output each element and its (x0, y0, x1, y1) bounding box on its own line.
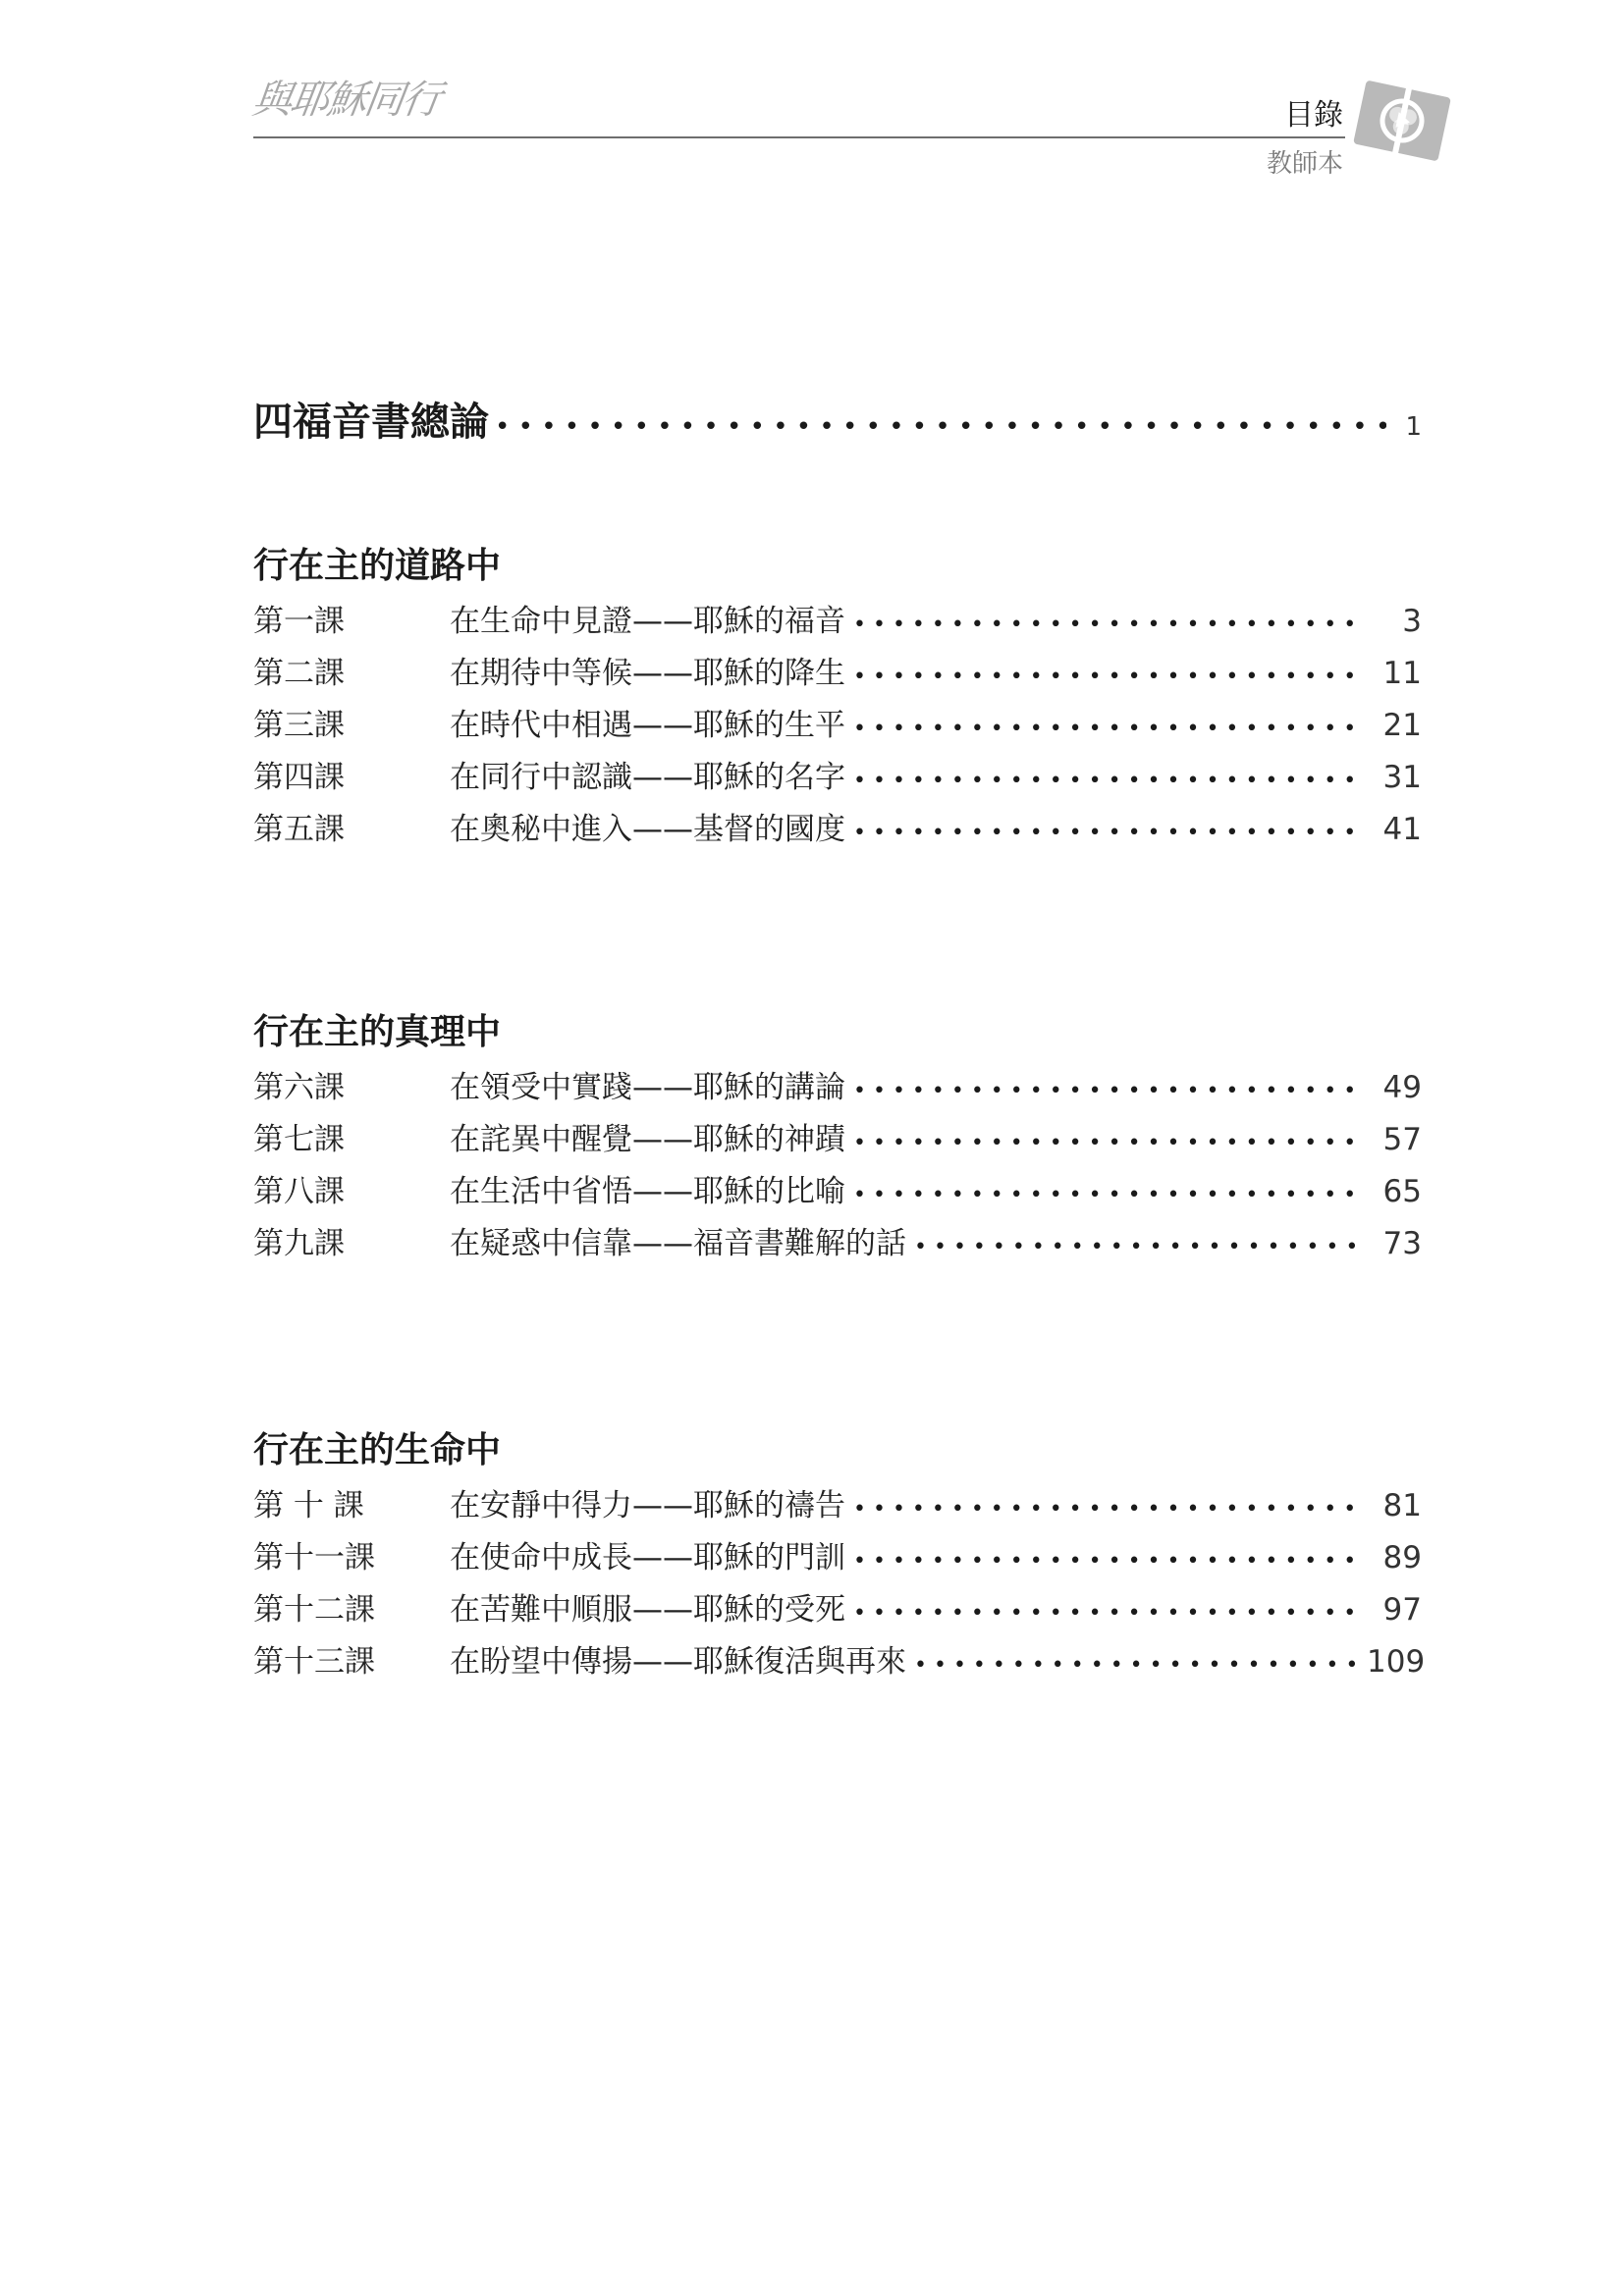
toc-section-2: 行在主的真理中 第六課 在領受中實踐——耶穌的講論 • • • • • • • … (253, 1005, 1422, 1270)
lesson-label: 第一課 (253, 596, 450, 648)
toc-row[interactable]: 第二課 在期待中等候——耶穌的降生 • • • • • • • • • • • … (253, 648, 1422, 700)
toc-row[interactable]: 第 十 課 在安靜中得力——耶穌的禱告 • • • • • • • • • • … (253, 1480, 1422, 1532)
lesson-label: 第二課 (253, 648, 450, 700)
lesson-title: 在期待中等候——耶穌的降生 (450, 648, 845, 700)
lesson-title: 在盼望中傳揚——耶穌復活與再來 (450, 1636, 906, 1688)
toc-row[interactable]: 第三課 在時代中相遇——耶穌的生平 • • • • • • • • • • • … (253, 700, 1422, 752)
lesson-label: 第十一課 (253, 1532, 450, 1584)
toc-row[interactable]: 第十二課 在苦難中順服——耶穌的受死 • • • • • • • • • • •… (253, 1584, 1422, 1636)
page-number: 57 (1367, 1114, 1422, 1166)
toc-entry-title: 四福音書總論 (253, 391, 489, 447)
dot-leader: • • • • • • • • • • • • • • • • • • • • … (495, 412, 1386, 442)
page-title: 目錄 (1284, 90, 1343, 133)
page-number: 31 (1367, 752, 1422, 804)
toc-section-3: 行在主的生命中 第 十 課 在安靜中得力——耶穌的禱告 • • • • • • … (253, 1423, 1422, 1688)
toc-row[interactable]: 第十三課 在盼望中傳揚——耶穌復活與再來 • • • • • • • • • •… (253, 1636, 1422, 1688)
dot-leader: • • • • • • • • • • • • • • • • • • • • … (853, 807, 1363, 859)
dot-leader: • • • • • • • • • • • • • • • • • • • • … (853, 1169, 1363, 1221)
lesson-label: 第九課 (253, 1218, 450, 1270)
dot-leader: • • • • • • • • • • • • • • • • • • • • … (853, 755, 1363, 807)
toc-section-1: 行在主的道路中 第一課 在生命中見證——耶穌的福音 • • • • • • • … (253, 539, 1422, 856)
toc-row[interactable]: 第九課 在疑惑中信靠——福音書難解的話 • • • • • • • • • • … (253, 1218, 1422, 1270)
lesson-label: 第十三課 (253, 1636, 450, 1688)
lesson-title: 在安靜中得力——耶穌的禱告 (450, 1480, 845, 1532)
dot-leader: • • • • • • • • • • • • • • • • • • • • … (853, 1065, 1363, 1117)
toc-page-number: 1 (1392, 412, 1422, 442)
section-title: 行在主的道路中 (253, 539, 1422, 594)
toc-row[interactable]: 第七課 在詫異中醒覺——耶穌的神蹟 • • • • • • • • • • • … (253, 1114, 1422, 1166)
dot-leader: • • • • • • • • • • • • • • • • • • • • … (853, 1117, 1363, 1169)
lesson-label: 第 十 課 (253, 1480, 450, 1532)
section-title: 行在主的真理中 (253, 1005, 1422, 1060)
dot-leader: • • • • • • • • • • • • • • • • • • • • … (914, 1221, 1363, 1273)
toc-row[interactable]: 第十一課 在使命中成長——耶穌的門訓 • • • • • • • • • • •… (253, 1532, 1422, 1584)
page-number: 65 (1367, 1166, 1422, 1218)
book-emblem-icon (1353, 80, 1451, 161)
lesson-title: 在疑惑中信靠——福音書難解的話 (450, 1218, 906, 1270)
page-number: 41 (1367, 804, 1422, 856)
page-number: 73 (1367, 1218, 1422, 1270)
toc-entry-overview[interactable]: 四福音書總論 • • • • • • • • • • • • • • • • •… (253, 391, 1422, 447)
lesson-title: 在詫異中醒覺——耶穌的神蹟 (450, 1114, 845, 1166)
page-number: 3 (1367, 596, 1422, 648)
header-logo: 與耶穌同行 (249, 69, 444, 125)
page-number: 97 (1367, 1584, 1422, 1636)
page-number: 89 (1367, 1532, 1422, 1584)
page-number: 81 (1367, 1480, 1422, 1532)
lesson-label: 第六課 (253, 1062, 450, 1114)
toc-row[interactable]: 第八課 在生活中省悟——耶穌的比喻 • • • • • • • • • • • … (253, 1166, 1422, 1218)
toc-row[interactable]: 第一課 在生命中見證——耶穌的福音 • • • • • • • • • • • … (253, 596, 1422, 648)
lesson-label: 第十二課 (253, 1584, 450, 1636)
dot-leader: • • • • • • • • • • • • • • • • • • • • … (914, 1639, 1363, 1691)
toc-row[interactable]: 第六課 在領受中實踐——耶穌的講論 • • • • • • • • • • • … (253, 1062, 1422, 1114)
header-rule (253, 136, 1345, 138)
lesson-title: 在同行中認識——耶穌的名字 (450, 752, 845, 804)
dot-leader: • • • • • • • • • • • • • • • • • • • • … (853, 703, 1363, 755)
dot-leader: • • • • • • • • • • • • • • • • • • • • … (853, 1587, 1363, 1639)
page-number: 49 (1367, 1062, 1422, 1114)
dot-leader: • • • • • • • • • • • • • • • • • • • • … (853, 1483, 1363, 1535)
lesson-label: 第四課 (253, 752, 450, 804)
toc-row[interactable]: 第五課 在奧秘中進入——基督的國度 • • • • • • • • • • • … (253, 804, 1422, 856)
lesson-title: 在生活中省悟——耶穌的比喻 (450, 1166, 845, 1218)
page-number: 11 (1367, 648, 1422, 700)
page-number: 109 (1367, 1636, 1422, 1688)
section-title: 行在主的生命中 (253, 1423, 1422, 1478)
lesson-label: 第八課 (253, 1166, 450, 1218)
page-subtitle: 教師本 (1267, 143, 1343, 180)
page-number: 21 (1367, 700, 1422, 752)
lesson-label: 第七課 (253, 1114, 450, 1166)
lesson-title: 在奧秘中進入——基督的國度 (450, 804, 845, 856)
dot-leader: • • • • • • • • • • • • • • • • • • • • … (853, 599, 1363, 651)
lesson-title: 在時代中相遇——耶穌的生平 (450, 700, 845, 752)
toc-row[interactable]: 第四課 在同行中認識——耶穌的名字 • • • • • • • • • • • … (253, 752, 1422, 804)
lesson-title: 在生命中見證——耶穌的福音 (450, 596, 845, 648)
lesson-title: 在使命中成長——耶穌的門訓 (450, 1532, 845, 1584)
lesson-title: 在領受中實踐——耶穌的講論 (450, 1062, 845, 1114)
lesson-label: 第五課 (253, 804, 450, 856)
lesson-label: 第三課 (253, 700, 450, 752)
dot-leader: • • • • • • • • • • • • • • • • • • • • … (853, 1535, 1363, 1587)
dot-leader: • • • • • • • • • • • • • • • • • • • • … (853, 651, 1363, 703)
lesson-title: 在苦難中順服——耶穌的受死 (450, 1584, 845, 1636)
